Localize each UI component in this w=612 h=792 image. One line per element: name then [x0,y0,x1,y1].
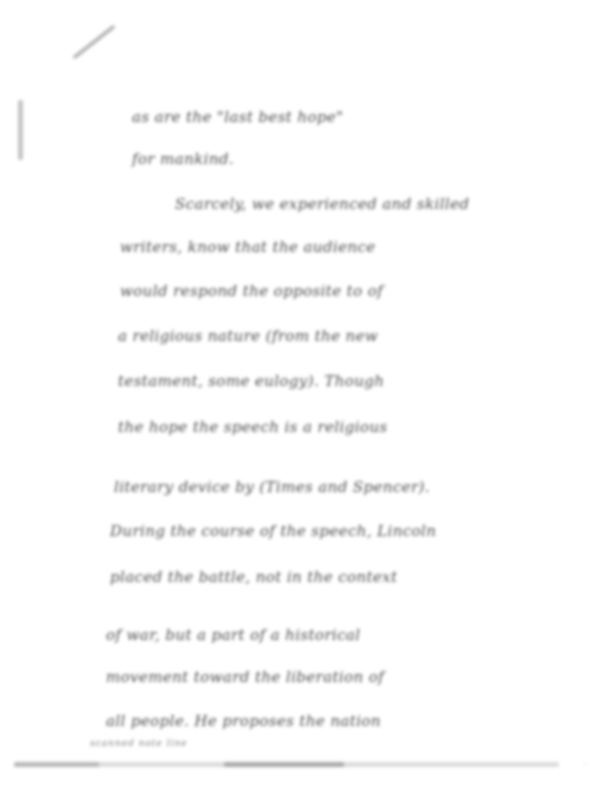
text-line-2: for mankind. [132,150,234,168]
page-marker: · [584,760,592,768]
text-line-12: of war, but a part of a historical [106,626,360,644]
text-line-9: literary device by (Times and Spencer). [114,478,430,496]
text-line-3: Scarcely, we experienced and skilled [175,195,469,213]
scanned-page: as are the "last best hope" for mankind.… [0,0,612,792]
text-line-4: writers, know that the audience [120,238,375,256]
text-line-7: testament, some eulogy). Though [118,372,384,390]
text-line-10: During the course of the speech, Lincoln [110,522,436,540]
scan-edge-dark [224,762,344,767]
text-line-8: the hope the speech is a religious [118,418,388,436]
text-line-5: would respond the opposite to of [120,282,383,300]
text-line-11: placed the battle, not in the context [110,568,397,586]
text-line-13: movement toward the liberation of [106,668,384,686]
text-line-6: a religious nature (from the new [118,327,378,345]
text-line-14: all people. He proposes the nation [106,712,381,730]
scan-edge-left [14,762,99,767]
text-line-1: as are the "last best hope" [132,108,343,126]
footer-scribble: scanned note line [90,739,187,749]
corner-pen-mark [72,24,115,59]
margin-mark [18,100,23,160]
scan-edge-bar [14,762,559,767]
